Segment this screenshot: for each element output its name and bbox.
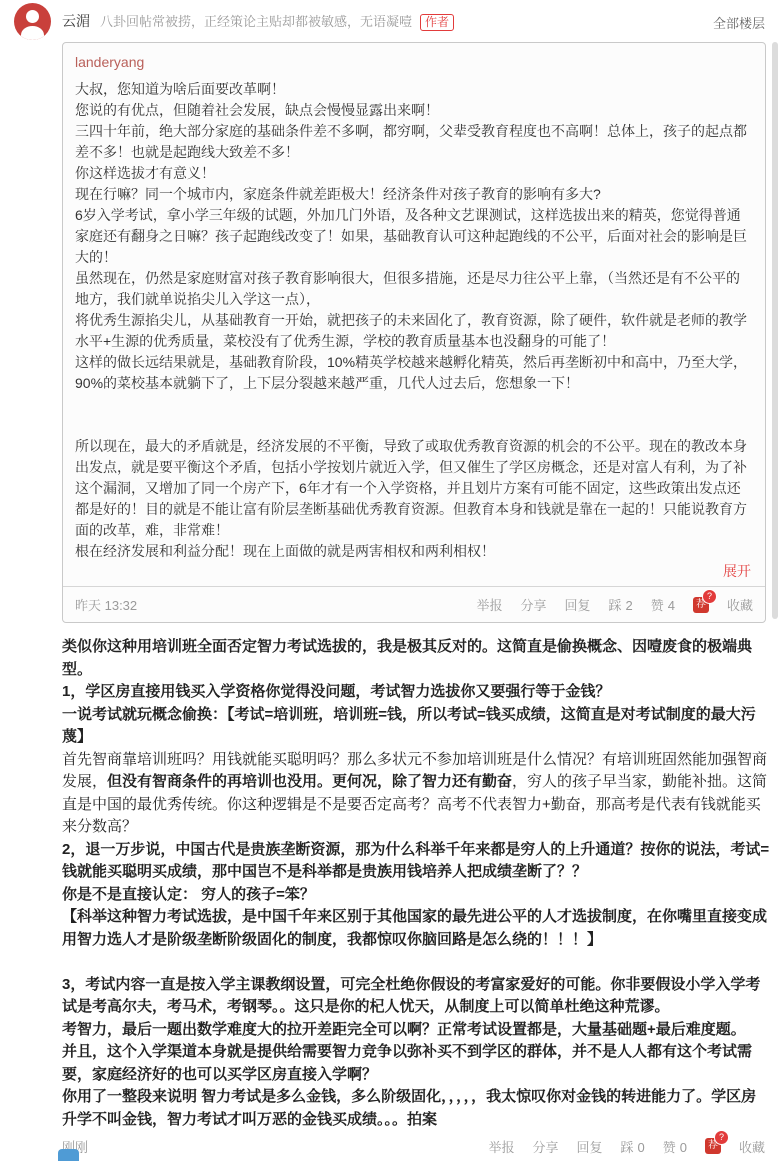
quote-timestamp: 昨天 13:32: [75, 595, 137, 614]
downvote-button[interactable]: 踩0: [620, 1137, 644, 1156]
reply-paragraph: 2，退一万步说，中国古代是贵族垄断资源，那为什么科举千年来都是穷人的上升通道？按…: [62, 839, 770, 884]
downvote-button[interactable]: 踩2: [608, 595, 632, 614]
reply-paragraph: 3，考试内容一直是按入学主课教纲设置，可完全杜绝你假设的考富家爱好的可能。你非要…: [62, 974, 770, 1019]
upvote-button[interactable]: 赞0: [663, 1137, 687, 1156]
quote-line: 大叔，您知道为啥后面要改革啊！: [75, 79, 753, 100]
upvote-label: 赞: [651, 598, 664, 613]
quote-line: 根在经济发展和利益分配！现在上面做的就是两害相权和两利相权！: [75, 541, 753, 562]
downvote-count: 2: [626, 598, 633, 613]
reply-link[interactable]: 回复: [576, 1137, 602, 1156]
quote-box: landeryang 大叔，您知道为啥后面要改革啊！您说的有优点，但随着社会发展…: [62, 42, 766, 623]
recommend-icon[interactable]: 荐?: [705, 1138, 721, 1154]
post-header: 云湄八卦回帖常被捞，正经策论主贴却都被敏感，无语凝噎作者 全部楼层: [0, 0, 779, 42]
reply-paragraph: 你是不是直接认定： 穷人的孩子=笨？: [62, 884, 770, 907]
report-link[interactable]: 举报: [476, 595, 502, 614]
reply-paragraph: 考智力，最后一题出数学难度大的拉开差距完全可以啊？正常考试设置都是，大量基础题+…: [62, 1019, 770, 1042]
scrollbar[interactable]: [772, 42, 778, 619]
favorite-link[interactable]: 收藏: [739, 1137, 765, 1156]
reply-paragraph: 一说考试就玩概念偷换：【考试=培训班，培训班=钱，所以考试=钱买成绩，这简直是对…: [62, 704, 770, 749]
upvote-label: 赞: [663, 1140, 676, 1155]
quote-line: 将优秀生源掐尖儿，从基础教育一开始，就把孩子的未来固化了，教育资源，除了硬件，软…: [75, 310, 753, 352]
reply-body: 类似你这种用培训班全面否定智力考试选拔的，我是极其反对的。这简直是偷换概念、因噎…: [62, 636, 770, 1131]
all-floors-link[interactable]: 全部楼层: [713, 13, 765, 32]
recommend-icon[interactable]: 荐?: [693, 597, 709, 613]
recommend-badge: ?: [702, 589, 717, 604]
reply-paragraph: 你用了一整段来说明 智力考试是多么金钱，多么阶级固化，，，，，我太惊叹你对金钱的…: [62, 1086, 770, 1131]
quote-line: [75, 394, 753, 415]
upvote-button[interactable]: 赞4: [651, 595, 675, 614]
quote-line: 三四十年前，绝大部分家庭的基础条件差不多啊，都穷啊，父辈受教育程度也不高啊！总体…: [75, 121, 753, 163]
quote-lines: 大叔，您知道为啥后面要改革啊！您说的有优点，但随着社会发展，缺点会慢慢显露出来啊…: [75, 79, 753, 562]
avatar-person-icon: [21, 26, 44, 40]
quote-line: 虽然现在，仍然是家庭财富对孩子教育影响很大，但很多措施，还是尽力往公平上靠，（当…: [75, 268, 753, 310]
reply-link[interactable]: 回复: [564, 595, 590, 614]
quote-line: [75, 415, 753, 436]
quote-line: 您说的有优点，但随着社会发展，缺点会慢慢显露出来啊！: [75, 100, 753, 121]
reply-paragraph: 类似你这种用培训班全面否定智力考试选拔的，我是极其反对的。这简直是偷换概念、因噎…: [62, 636, 770, 681]
quote-line: 所以现在，最大的矛盾就是，经济发展的不平衡，导致了或取优秀教育资源的机会的不公平…: [75, 436, 753, 541]
author-badge: 作者: [420, 14, 454, 31]
upvote-count: 4: [668, 598, 675, 613]
avatar-person-icon: [26, 10, 39, 23]
reply-paragraph: [62, 951, 770, 974]
username[interactable]: 云湄: [62, 13, 90, 29]
header-line: 云湄八卦回帖常被捞，正经策论主贴却都被敏感，无语凝噎作者: [62, 11, 454, 31]
recommend-badge: ?: [714, 1130, 729, 1145]
share-link[interactable]: 分享: [532, 1137, 558, 1156]
favorite-link[interactable]: 收藏: [727, 595, 753, 614]
upvote-count: 0: [680, 1140, 687, 1155]
reply-paragraph: 首先智商靠培训班吗？用钱就能买聪明吗？那么多状元不参加培训班是什么情况？有培训班…: [62, 749, 770, 839]
quote-action-row: 昨天 13:32 举报 分享 回复 踩2 赞4 荐? 收藏: [63, 586, 765, 622]
expand-link[interactable]: 展开: [75, 562, 753, 582]
quote-line: 你这样选拔才有意义！: [75, 163, 753, 184]
user-signature: 八卦回帖常被捞，正经策论主贴却都被敏感，无语凝噎: [100, 14, 412, 29]
forum-post-page: { "header": { "username": "云湄", "signatu…: [0, 0, 779, 1161]
quote-line: 现在行嘛？同一个城市内，家庭条件就差距极大！经济条件对孩子教育的影响有多大?: [75, 184, 753, 205]
share-link[interactable]: 分享: [520, 595, 546, 614]
downvote-label: 踩: [608, 598, 621, 613]
user-avatar[interactable]: [14, 3, 51, 40]
quote-content: landeryang 大叔，您知道为啥后面要改革啊！您说的有优点，但随着社会发展…: [63, 43, 765, 586]
reply-paragraph: 并且，这个入学渠道本身就是提供给需要智力竞争以弥补买不到学区的群体，并不是人人都…: [62, 1041, 770, 1086]
downvote-label: 踩: [620, 1140, 633, 1155]
reply-paragraph: 1，学区房直接用钱买入学资格你觉得没问题，考试智力选拔你又要强行等于金钱？: [62, 681, 770, 704]
quoted-username[interactable]: landeryang: [75, 52, 753, 72]
reply-action-row: 刚刚 举报 分享 回复 踩0 赞0 荐? 收藏: [62, 1131, 765, 1161]
quote-line: 6岁入学考试，拿小学三年级的试题，外加几门外语，及各种文艺课测试，这样选拔出来的…: [75, 205, 753, 268]
quote-line: 这样的做长远结果就是，基础教育阶段，10%精英学校越来越孵化精英，然后再垄断初中…: [75, 352, 753, 394]
downvote-count: 0: [638, 1140, 645, 1155]
reply-paragraph: 【科举这种智力考试选拔，是中国千年来区别于其他国家的最先进公平的人才选拔制度，在…: [62, 906, 770, 951]
next-post-avatar[interactable]: [58, 1149, 79, 1161]
report-link[interactable]: 举报: [488, 1137, 514, 1156]
